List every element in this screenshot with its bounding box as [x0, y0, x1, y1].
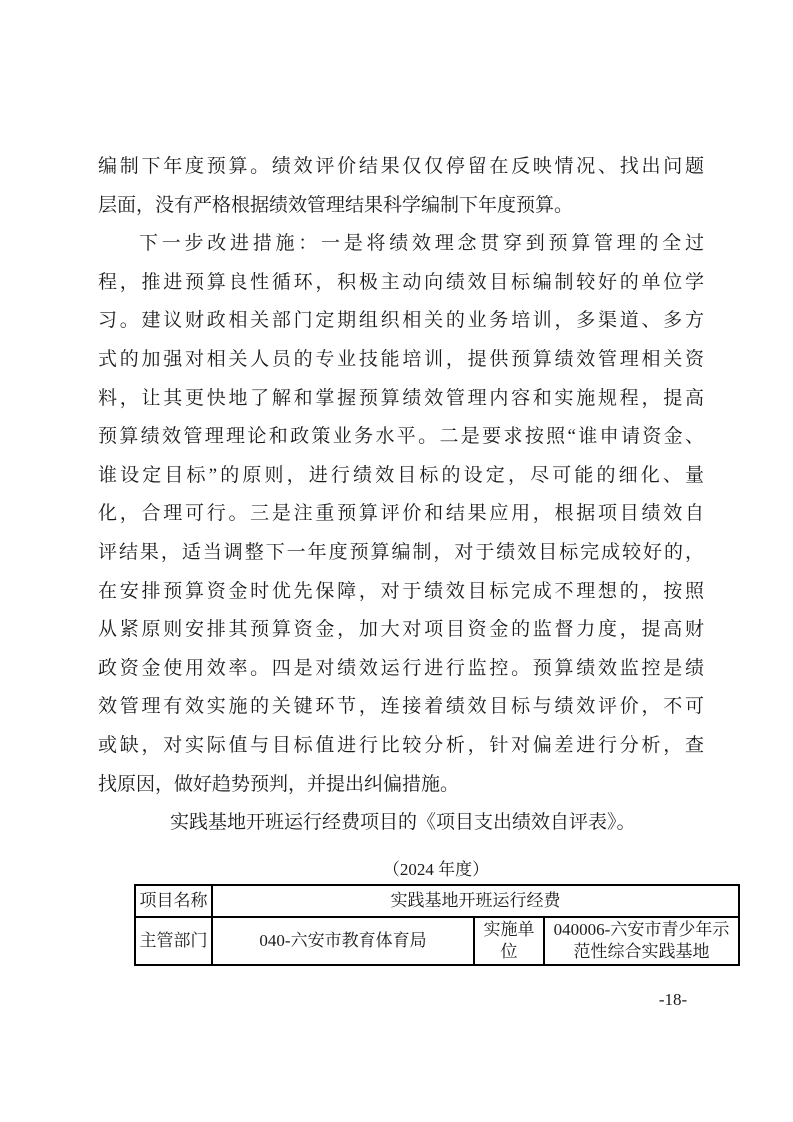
body-line: 编制下年度预算。绩效评价结果仅仅停留在反映情况、找出问题 [98, 148, 704, 187]
body-line: 找原因，做好趋势预判，并提出纠偏措施。 [98, 766, 704, 805]
implementing-unit-value: 040006-六安市青少年示范性综合实践基地 [544, 917, 739, 965]
body-line: 实践基地开班运行经费项目的《项目支出绩效自评表》。 [98, 804, 704, 843]
body-line: 习。建议财政相关部门定期组织相关的业务培训，多渠道、多方 [98, 302, 704, 341]
body-line: 层面，没有严格根据绩效管理结果科学编制下年度预算。 [98, 187, 704, 226]
body-line: 或缺，对实际值与目标值进行比较分析，针对偏差进行分析，查 [98, 727, 704, 766]
implementing-unit-label: 实施单位 [474, 917, 544, 965]
body-line: 式的加强对相关人员的专业技能培训，提供预算绩效管理相关资 [98, 341, 704, 380]
body-text: 编制下年度预算。绩效评价结果仅仅停留在反映情况、找出问题层面，没有严格根据绩效管… [98, 148, 704, 843]
body-line: 料，让其更快地了解和掌握预算绩效管理内容和实施规程，提高 [98, 380, 704, 419]
body-line: 下一步改进措施：一是将绩效理念贯穿到预算管理的全过 [98, 225, 704, 264]
page-number: -18- [645, 990, 701, 1010]
table-caption: （2024 年度） [134, 857, 738, 883]
competent-department-label: 主管部门 [135, 917, 212, 965]
table-row-departments: 主管部门 040-六安市教育体育局 实施单位 040006-六安市青少年示范性综… [135, 917, 739, 965]
body-line: 评结果，适当调整下一年度预算编制，对于绩效目标完成较好的， [98, 534, 704, 573]
body-line: 预算绩效管理理论和政策业务水平。二是要求按照“谁申请资金、 [98, 418, 704, 457]
body-line: 在安排预算资金时优先保障，对于绩效目标完成不理想的，按照 [98, 573, 704, 612]
body-line: 谁设定目标”的原则，进行绩效目标的设定，尽可能的细化、量 [98, 457, 704, 496]
table-row-project-name: 项目名称 实践基地开班运行经费 [135, 885, 739, 917]
body-line: 程，推进预算良性循环，积极主动向绩效目标编制较好的单位学 [98, 264, 704, 303]
document-page: 编制下年度预算。绩效评价结果仅仅停留在反映情况、找出问题层面，没有严格根据绩效管… [0, 0, 793, 1122]
project-table: 项目名称 实践基地开班运行经费 主管部门 040-六安市教育体育局 实施单位 0… [134, 884, 740, 966]
body-line: 政资金使用效率。四是对绩效运行进行监控。预算绩效监控是绩 [98, 650, 704, 689]
project-name-value: 实践基地开班运行经费 [212, 885, 739, 917]
body-line: 从紧原则安排其预算资金，加大对项目资金的监督力度，提高财 [98, 611, 704, 650]
body-line: 效管理有效实施的关键环节，连接着绩效目标与绩效评价，不可 [98, 688, 704, 727]
project-name-label: 项目名称 [135, 885, 212, 917]
competent-department-value: 040-六安市教育体育局 [212, 917, 474, 965]
body-line: 化，合理可行。三是注重预算评价和结果应用，根据项目绩效自 [98, 495, 704, 534]
